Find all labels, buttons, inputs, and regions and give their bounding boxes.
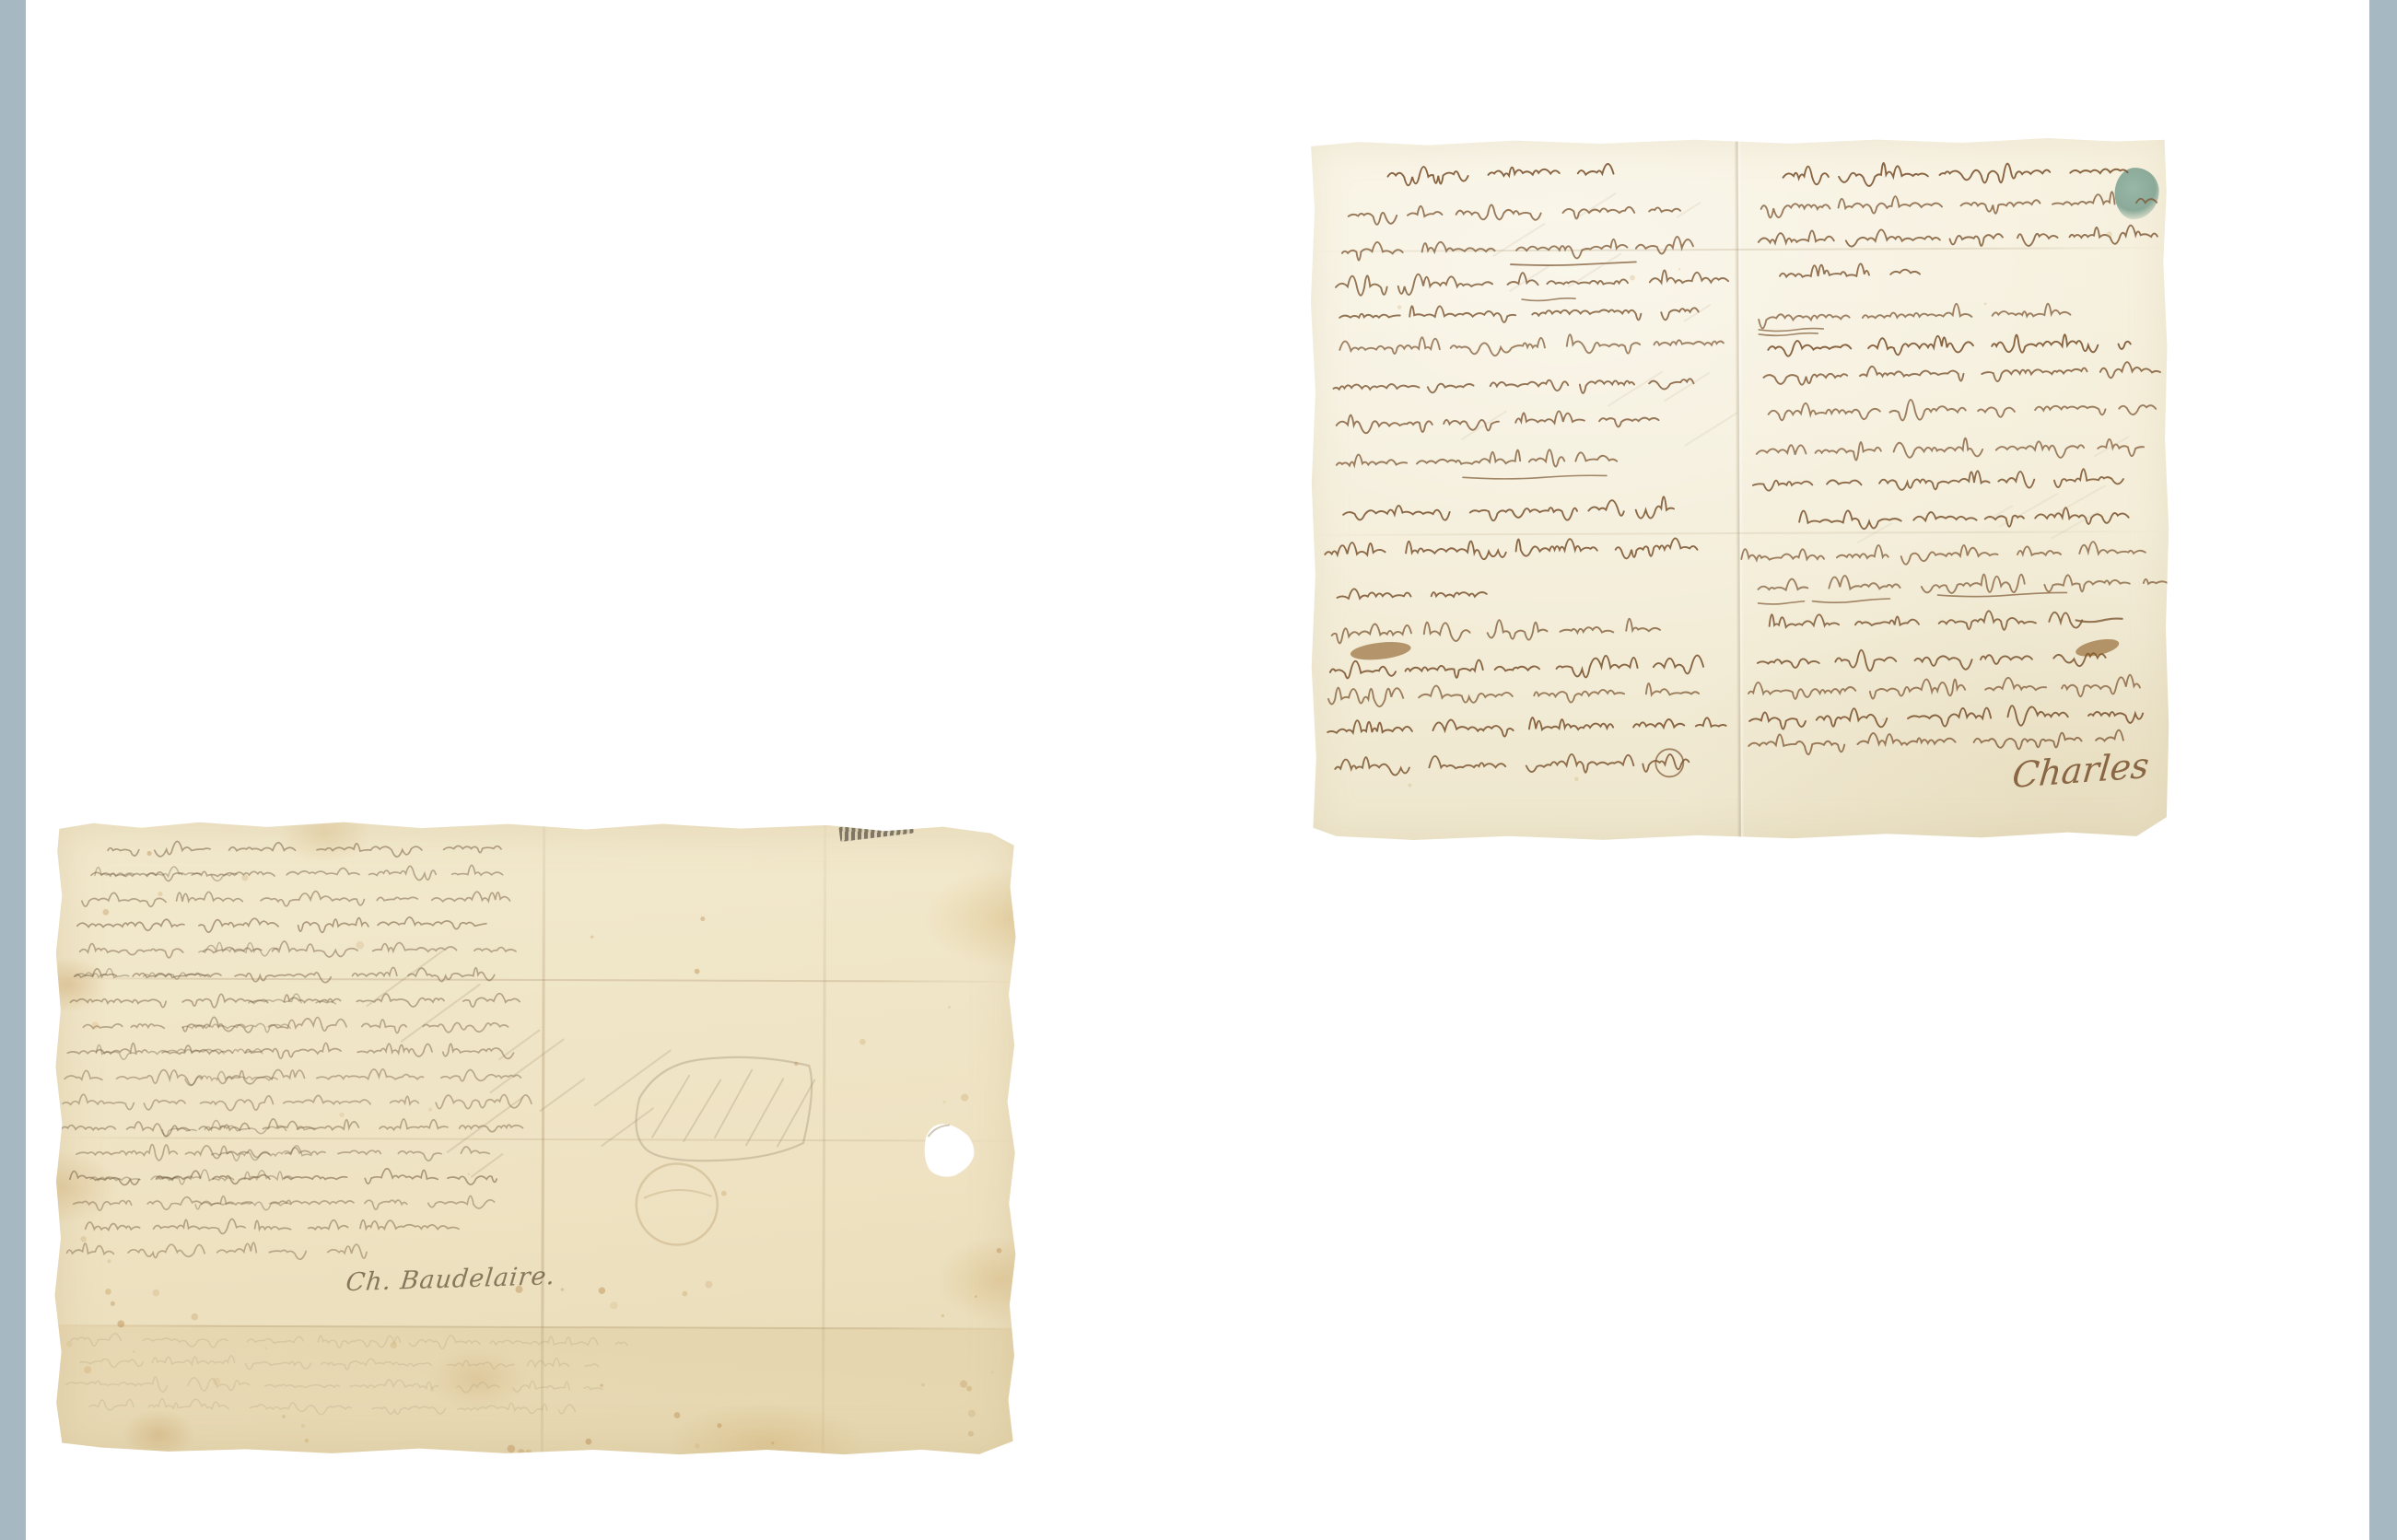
letter-aged-leaf: Ch. Baudelaire. [53,820,1020,1457]
handwriting-overlay-letter1 [1307,136,2170,842]
right-border-band [2369,0,2397,1540]
left-border-band [0,0,26,1540]
letter-two-page-spread: Charles [1307,136,2170,842]
handwriting-overlay-letter2 [53,820,1020,1457]
photo-canvas: Charles Ch. Baudelaire. [0,0,2397,1540]
